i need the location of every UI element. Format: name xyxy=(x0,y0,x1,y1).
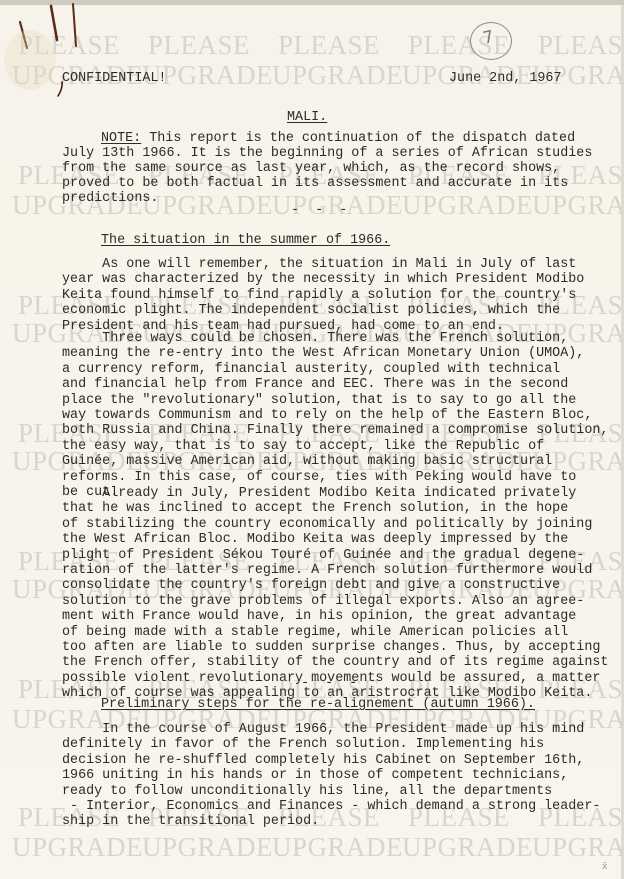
paragraph-line: definitely in favor of the French soluti… xyxy=(62,737,544,752)
paragraph-line: year was characterized by the necessity … xyxy=(62,272,584,287)
document-date: June 2nd, 1967 xyxy=(449,71,562,86)
paragraph-line: ment with France would have, in his opin… xyxy=(62,609,576,624)
paragraph-line: ship in the transitional period. xyxy=(62,814,319,829)
watermark-text: PLEASE xyxy=(278,30,380,61)
paragraph-line: Keita found himself to find rapidly a so… xyxy=(62,288,576,303)
watermark-text: PLEASE xyxy=(538,30,624,61)
paragraph-line: Already in July, President Modibo Keita … xyxy=(62,486,576,501)
ink-stain-marks xyxy=(0,0,90,110)
watermark-text: UPGRADE xyxy=(12,832,143,863)
paragraph-line: plight of President Sékou Touré of Guiné… xyxy=(62,548,584,563)
paragraph-line: meaning the re-entry into the West Afric… xyxy=(62,346,584,361)
paragraph-line: decision he re-shuffled completely his C… xyxy=(62,753,584,768)
paragraph-line: consolidate the country's foreign debt a… xyxy=(62,578,560,593)
paragraph-line: a currency reform, financial austerity, … xyxy=(62,362,560,377)
paragraph-line: of stabilizing the country economically … xyxy=(62,517,592,532)
paragraph-line: ration of the latter's regime. A French … xyxy=(62,563,592,578)
paragraph-line: 1966 uniting in his hands or in those of… xyxy=(62,768,568,783)
watermark-text: UPGRADE xyxy=(142,190,273,221)
watermark-text: UPGRADE xyxy=(142,832,273,863)
paragraph-line: too aften are liable to sudden surprise … xyxy=(62,640,600,655)
section-heading: Preliminary steps for the re-alignement … xyxy=(101,697,535,712)
watermark-text: UPGRADE xyxy=(272,832,403,863)
paragraph-line: economic plight. The independent sociali… xyxy=(62,303,560,318)
watermark-text: UPGRADE xyxy=(532,190,624,221)
watermark-text: UPGRADE xyxy=(402,832,533,863)
paragraph-line: that he was inclined to accept the Frenc… xyxy=(62,501,568,516)
paragraph-line: - Interior, Economics and Finances - whi… xyxy=(62,799,600,814)
document-title: MALI. xyxy=(287,110,327,125)
paragraph-line: In the course of August 1966, the Presid… xyxy=(62,722,584,737)
section-separator: - - - xyxy=(301,676,357,691)
paragraph-line: way towards Communism and to rely on the… xyxy=(62,408,592,423)
paragraph-line: both Russia and China. Finally there rem… xyxy=(62,423,608,438)
paragraph-line: Guinée, massive American aid, without ma… xyxy=(62,454,552,469)
paragraph-line: the easy way, that is to say to accept, … xyxy=(62,439,544,454)
paragraph-line: of being made with a stable regime, whil… xyxy=(62,625,568,640)
classification-label: CONFIDENTIAL! xyxy=(62,71,166,86)
note-line: July 13th 1966. It is the beginning of a… xyxy=(62,146,592,161)
document-page: PLEASEPLEASEPLEASEPLEASEPLEASEPLEASEPLEA… xyxy=(0,0,624,879)
paragraph-line: Three ways could be chosen. There was th… xyxy=(62,331,568,346)
paragraph-line: place the "revolutionary" solution, that… xyxy=(62,393,576,408)
section-heading: The situation in the summer of 1966. xyxy=(101,233,390,248)
paragraph-line: solution to the grave problems of illega… xyxy=(62,594,584,609)
paragraph-line: the West African Bloc. Modibo Keita was … xyxy=(62,532,568,547)
paragraph-line: reforms. In this case, of course, ties w… xyxy=(62,470,576,485)
corner-scan-mark: ẍ xyxy=(602,862,607,872)
note-line: NOTE: This report is the continuation of… xyxy=(101,131,575,146)
scan-top-edge xyxy=(0,0,624,5)
note-line: predictions. xyxy=(62,191,158,206)
section-separator: - - - xyxy=(291,203,347,218)
watermark-text: PLEASE xyxy=(148,30,250,61)
paragraph-line: and financial help from France and EEC. … xyxy=(62,377,568,392)
paragraph-line: As one will remember, the situation in M… xyxy=(62,257,576,272)
note-line: proved to be both factual in its assessm… xyxy=(62,176,568,191)
note-line: from the same source as last year, which… xyxy=(62,161,560,176)
note-label: NOTE: xyxy=(101,131,141,146)
watermark-text: UPGRADE xyxy=(272,60,403,91)
paragraph-line: ready to follow unconditionally his line… xyxy=(62,784,552,799)
watermark-text: UPGRADE xyxy=(532,832,624,863)
watermark-text: UPGRADE xyxy=(402,190,533,221)
paragraph-line: the French offer, stability of the count… xyxy=(62,655,608,670)
